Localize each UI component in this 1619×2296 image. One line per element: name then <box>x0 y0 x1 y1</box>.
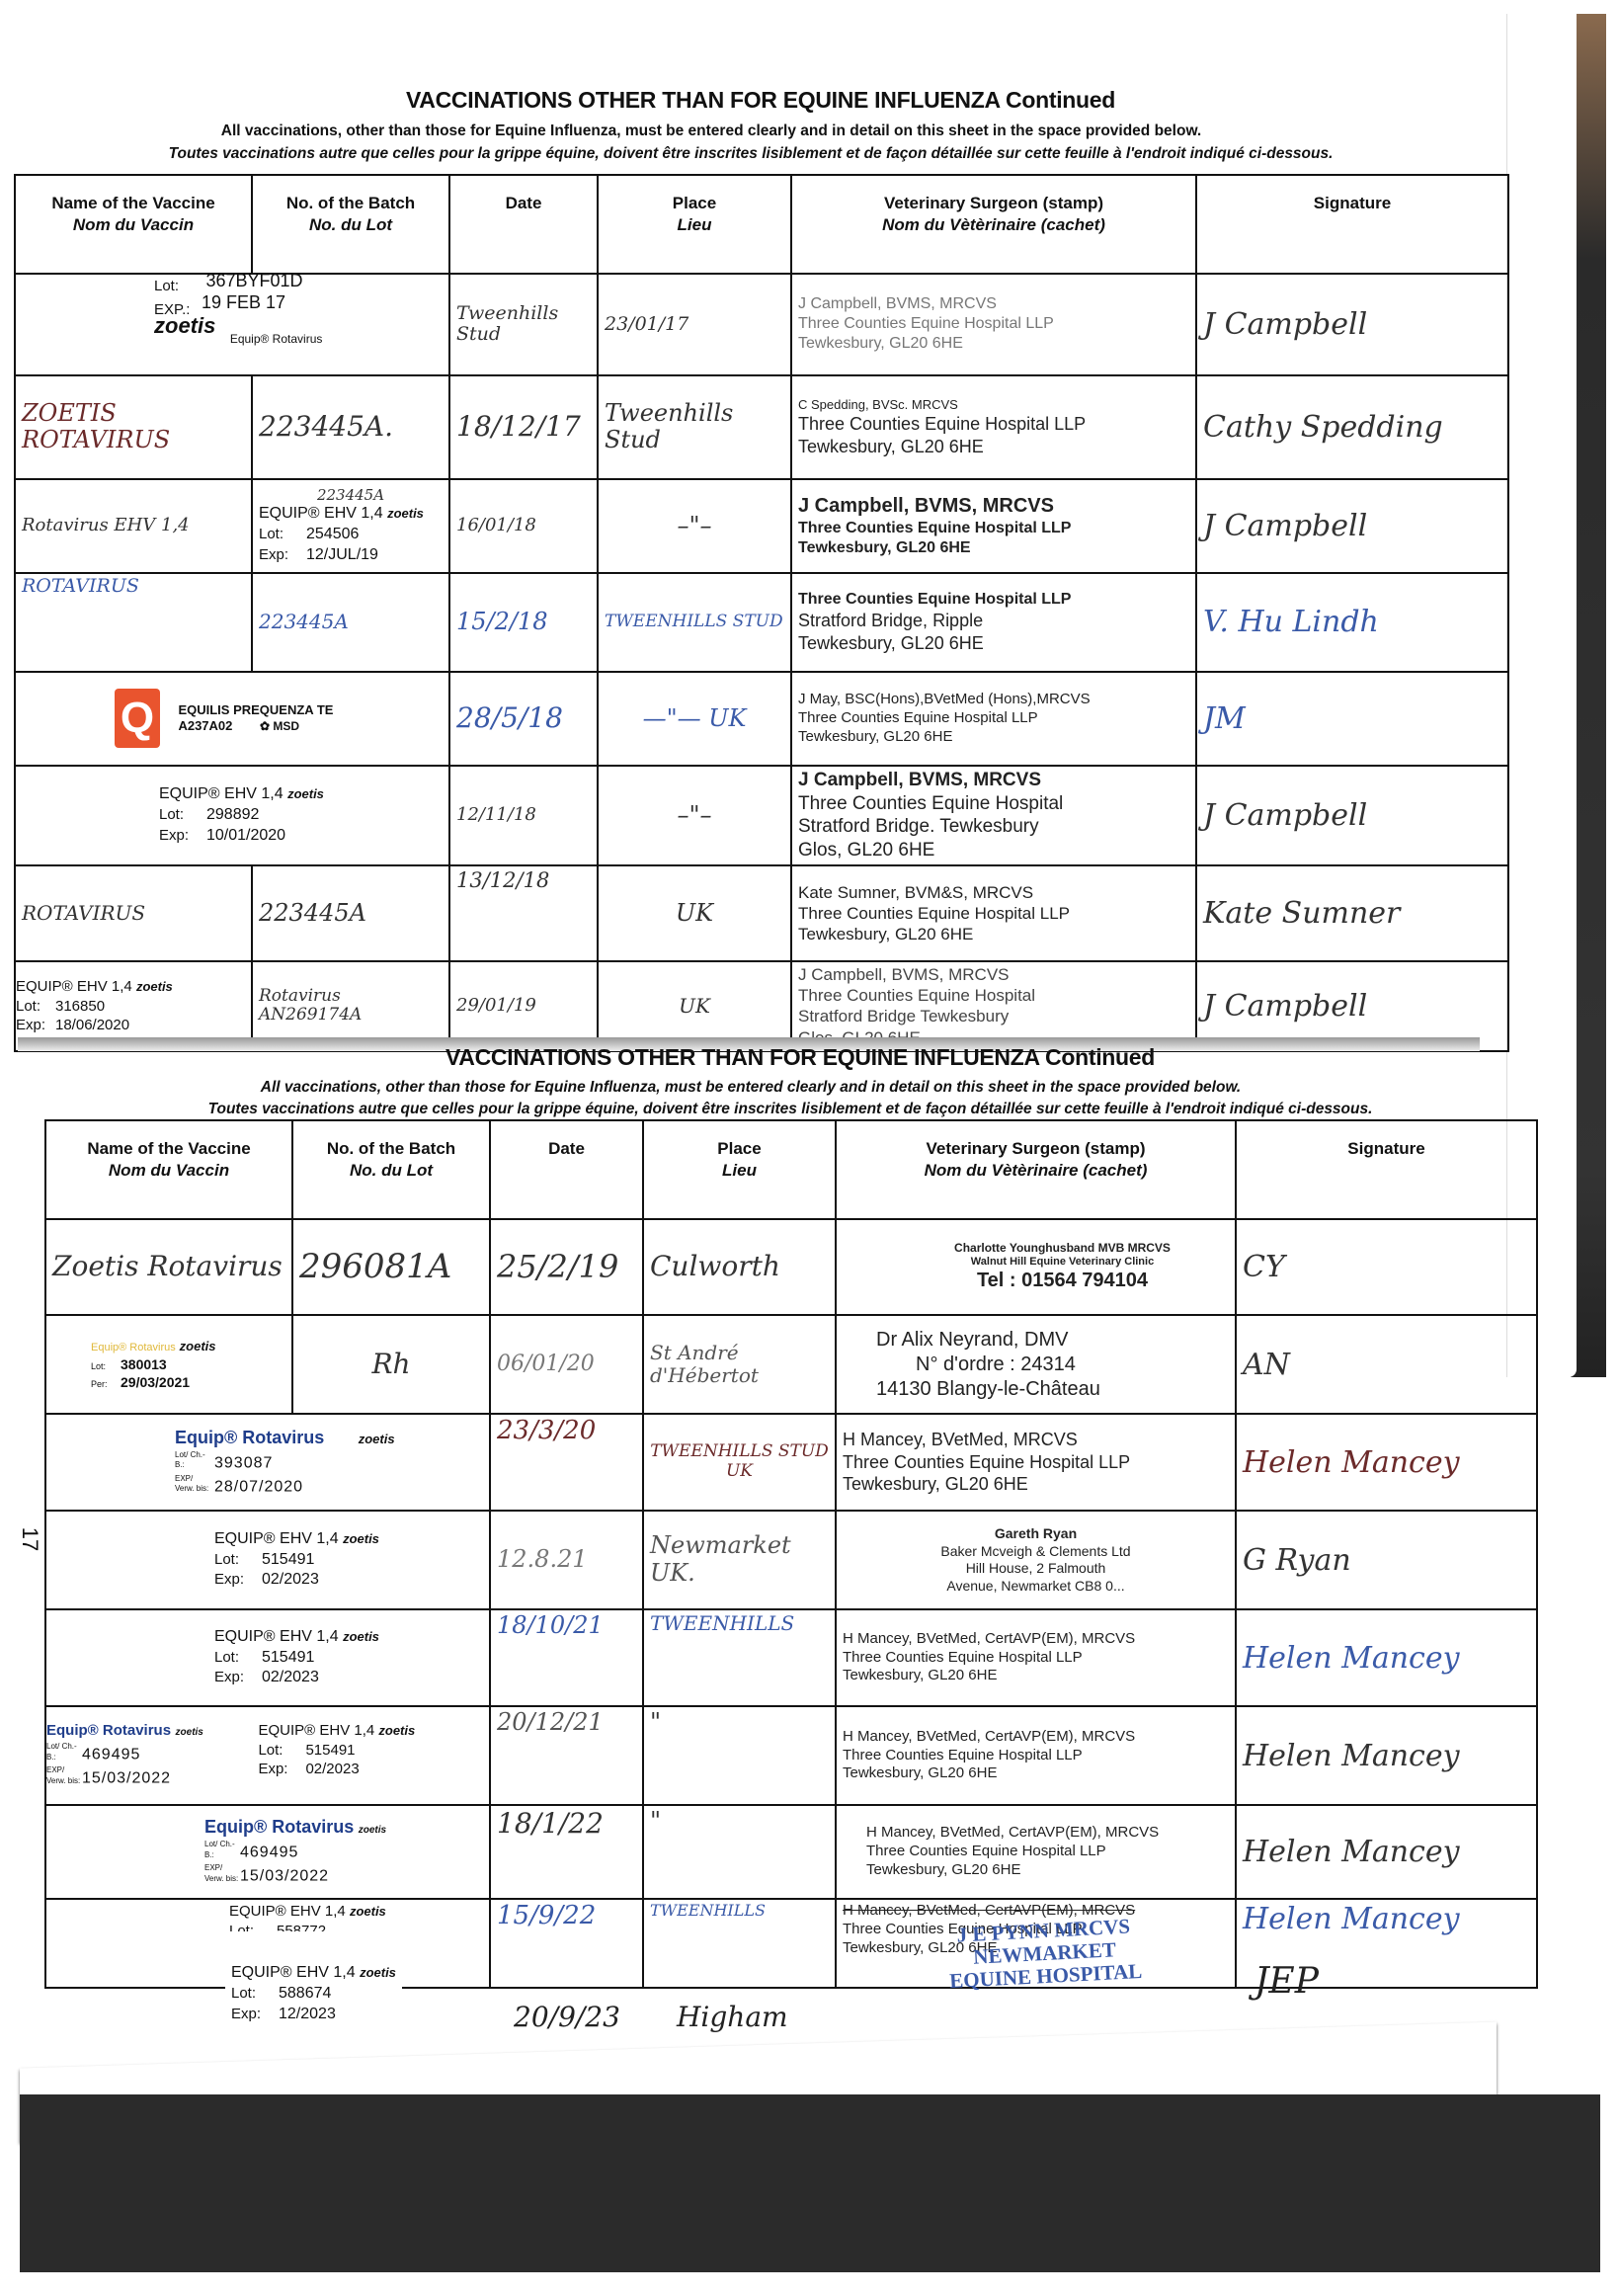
vet-stamp: H Mancey, BVetMed, CertAVP(EM), MRCVSThr… <box>836 1706 1236 1805</box>
vaccine-sticker: Q EQUILIS PREQUENZA TE A237A02 ✿ MSD <box>15 672 449 766</box>
date-cell: 18/10/21 <box>490 1609 643 1706</box>
place-cell: Newmarket UK. <box>643 1511 836 1609</box>
upper-instruction-fr: Toutes vaccinations autre que celles pou… <box>20 145 1482 163</box>
vet-stamp: J Campbell, BVMS, MRCVSThree Counties Eq… <box>791 479 1196 573</box>
table-header: Name of the VaccineNom du Vaccin No. of … <box>15 175 1508 274</box>
lower-instruction-en: All vaccinations, other than those for E… <box>99 1079 1403 1097</box>
vet-stamp: H Mancey, BVetMed, CertAVP(EM), MRCVSThr… <box>836 1609 1236 1706</box>
lower-vaccination-table: Name of the VaccineNom du Vaccin No. of … <box>44 1119 1538 1989</box>
overflow-date: 20/9/23 <box>514 2001 620 2033</box>
table-row: Equip® Rotavirus zoetis Lot/ Ch.-B.:4694… <box>45 1706 1537 1805</box>
date-cell: 20/12/21 <box>490 1706 643 1805</box>
date-cell: 18/12/17 <box>449 375 598 479</box>
batch-sticker: EQUIP® EHV 1,4 zoetis Lot:515491 Exp:02/… <box>45 1511 490 1609</box>
overflow-batch-sticker: EQUIP® EHV 1,4 zoetis Lot:588674 Exp:12/… <box>225 1961 402 2026</box>
date-cell: 15/2/18 <box>449 573 598 672</box>
place-cell: " <box>643 1805 836 1899</box>
batch-sticker: EQUIP® EHV 1,4 zoetis Lot:298892 Exp:10/… <box>15 766 449 865</box>
signature-cell: Kate Sumner <box>1196 865 1508 961</box>
signature-cell: V. Hu Lindh <box>1196 573 1508 672</box>
table-row: ROTAVIRUS 223445A 15/2/18 TWEENHILLS STU… <box>15 573 1508 672</box>
place-cell: TWEENHILLS <box>643 1609 836 1706</box>
signature-cell: Helen Mancey <box>1236 1805 1537 1899</box>
signature-cell: JM <box>1196 672 1508 766</box>
batch-cell: 296081A <box>292 1219 490 1315</box>
signature-cell: J Campbell <box>1196 479 1508 573</box>
col-batch-no: No. of the BatchNo. du Lot <box>292 1120 490 1219</box>
col-vaccine-name: Name of the VaccineNom du Vaccin <box>45 1120 292 1219</box>
upper-title: VACCINATIONS OTHER THAN FOR EQUINE INFLU… <box>198 87 1324 114</box>
signature-cell: Cathy Spedding <box>1196 375 1508 479</box>
date-cell: 16/01/18 <box>449 479 598 573</box>
lower-title: VACCINATIONS OTHER THAN FOR EQUINE INFLU… <box>237 1044 1363 1071</box>
signature-cell: AN <box>1236 1315 1537 1414</box>
vaccine-name-cell: ZOETIS ROTAVIRUS <box>15 375 252 479</box>
batch-sticker: 223445A EQUIP® EHV 1,4 zoetis Lot:254506… <box>252 479 449 573</box>
place-cell: Tweenhills Stud <box>598 375 791 479</box>
col-vet-surgeon: Veterinary Surgeon (stamp)Nom du Vètèrin… <box>836 1120 1236 1219</box>
lower-instruction-fr: Toutes vaccinations autre que celles pou… <box>59 1101 1521 1118</box>
table-row: Lot: EXP.: 367BYF01D 19 FEB 17 zoetis Eq… <box>15 274 1508 375</box>
vet-stamp: Dr Alix Neyrand, DMVN° d'ordre : 2431414… <box>836 1315 1236 1414</box>
signature-cell: J Campbell <box>1196 766 1508 865</box>
table-row: Q EQUILIS PREQUENZA TE A237A02 ✿ MSD 28/… <box>15 672 1508 766</box>
table-row: Equip® Rotavirus zoetis Lot/ Ch.-B.:3930… <box>45 1414 1537 1511</box>
batch-cell: 223445A <box>252 573 449 672</box>
batch-sticker: Lot: EXP.: 367BYF01D 19 FEB 17 zoetis Eq… <box>15 274 449 375</box>
place-cell: " <box>643 1706 836 1805</box>
col-place: PlaceLieu <box>598 175 791 274</box>
batch-sticker: Equip® Rotavirus zoetis Lot/ Ch.-B.:4694… <box>45 1805 490 1899</box>
scanner-background <box>20 2094 1600 2272</box>
date-cell: 25/2/19 <box>490 1219 643 1315</box>
place-cell: St André d'Hébertot <box>643 1315 836 1414</box>
vaccine-name-cell: ROTAVIRUS <box>15 573 252 672</box>
place-cell: —"— UK <box>598 672 791 766</box>
upper-vaccination-table: Name of the VaccineNom du Vaccin No. of … <box>14 174 1509 1052</box>
vet-stamp: Gareth RyanBaker Mcveigh & Clements LtdH… <box>836 1511 1236 1609</box>
signature-cell: Helen Mancey <box>1236 1609 1537 1706</box>
vet-stamp: H Mancey, BVetMed, CertAVP(EM), MRCVSThr… <box>836 1805 1236 1899</box>
batch-sticker: EQUIP® EHV 1,4 zoetis Lot:515491 Exp:02/… <box>45 1609 490 1706</box>
overflow-place: Higham <box>677 2001 788 2033</box>
date-cell: 12.8.21 <box>490 1511 643 1609</box>
date-cell: 18/1/22 <box>490 1805 643 1899</box>
table-row: ROTAVIRUS 223445A 13/12/18 UK Kate Sumne… <box>15 865 1508 961</box>
col-vaccine-name: Name of the VaccineNom du Vaccin <box>15 175 252 274</box>
vaccine-sticker: Equip® Rotavirus zoetis Lot:380013 Per:2… <box>45 1315 292 1414</box>
signature-cell: CY <box>1236 1219 1537 1315</box>
col-batch-no: No. of the BatchNo. du Lot <box>252 175 449 274</box>
vet-stamp: C Spedding, BVSc. MRCVSThree Counties Eq… <box>791 375 1196 479</box>
place-cell: Culworth <box>643 1219 836 1315</box>
table-row: EQUIP® EHV 1,4 zoetis Lot:515491 Exp:02/… <box>45 1609 1537 1706</box>
batch-cell: 223445A <box>252 865 449 961</box>
signature-cell: Helen Mancey <box>1236 1414 1537 1511</box>
vaccine-sticker: Equip® Rotavirus zoetis Lot/ Ch.-B.:4694… <box>45 1706 490 1805</box>
vaccine-sticker: Equip® Rotavirus zoetis Lot/ Ch.-B.:3930… <box>45 1414 490 1511</box>
table-row: EQUIP® EHV 1,4 zoetis Lot:515491 Exp:02/… <box>45 1511 1537 1609</box>
place-cell: –"– <box>598 766 791 865</box>
vaccine-name-cell: ROTAVIRUS <box>15 865 252 961</box>
signature-cell: Helen Mancey <box>1236 1706 1537 1805</box>
vet-stamp: J Campbell, BVMS, MRCVSThree Counties Eq… <box>791 274 1196 375</box>
place-cell: TWEENHILLS STUD UK <box>643 1414 836 1511</box>
vaccine-name-cell: Rotavirus EHV 1,4 <box>15 479 252 573</box>
signature-cell: G Ryan <box>1236 1511 1537 1609</box>
table-row: Zoetis Rotavirus 296081A 25/2/19 Culwort… <box>45 1219 1537 1315</box>
place-cell: UK <box>598 865 791 961</box>
date-cell: 28/5/18 <box>449 672 598 766</box>
col-signature: Signature <box>1196 175 1508 274</box>
prequenza-q-logo: Q <box>115 689 160 748</box>
table-row: Equip® Rotavirus zoetis Lot:380013 Per:2… <box>45 1315 1537 1414</box>
msd-logo: ✿ MSD <box>260 719 299 733</box>
batch-cell: Rh <box>292 1315 490 1414</box>
place-cell: TWEENHILLS <box>643 1899 836 1988</box>
table-header: Name of the VaccineNom du Vaccin No. of … <box>45 1120 1537 1219</box>
col-vet-surgeon: Veterinary Surgeon (stamp)Nom du Vètèrin… <box>791 175 1196 274</box>
vet-stamp: Three Counties Equine Hospital LLPStratf… <box>791 573 1196 672</box>
batch-cell: 223445A. <box>252 375 449 479</box>
page-number: 17 <box>17 1527 42 1551</box>
vaccine-name-cell: Zoetis Rotavirus <box>45 1219 292 1315</box>
signature-cell: J Campbell <box>1196 274 1508 375</box>
date-cell: 13/12/18 <box>449 865 598 961</box>
col-date: Date <box>490 1120 643 1219</box>
vet-stamp: Charlotte Younghusband MVB MRCVSWalnut H… <box>836 1219 1236 1315</box>
table-row: Rotavirus EHV 1,4 223445A EQUIP® EHV 1,4… <box>15 479 1508 573</box>
vet-stamp: J May, BSC(Hons),BVetMed (Hons),MRCVSThr… <box>791 672 1196 766</box>
place-cell: –"– <box>598 479 791 573</box>
date-cell: 12/11/18 <box>449 766 598 865</box>
date-cell: Tweenhills Stud <box>449 274 598 375</box>
table-row: ZOETIS ROTAVIRUS 223445A. 18/12/17 Tween… <box>15 375 1508 479</box>
batch-sticker: EQUIP® EHV 1,4 zoetis Lot:515491 Exp:02/… <box>258 1721 415 1779</box>
table-row: Equip® Rotavirus zoetis Lot/ Ch.-B.:4694… <box>45 1805 1537 1899</box>
vet-stamp: J Campbell, BVMS, MRCVSThree Counties Eq… <box>791 766 1196 865</box>
upper-instruction-en: All vaccinations, other than those for E… <box>59 123 1363 140</box>
vet-stamp: Kate Sumner, BVM&S, MRCVSThree Counties … <box>791 865 1196 961</box>
col-date: Date <box>449 175 598 274</box>
table-row: EQUIP® EHV 1,4 zoetis Lot:298892 Exp:10/… <box>15 766 1508 865</box>
date-cell: 23/3/20 <box>490 1414 643 1511</box>
place-cell: TWEENHILLS STUD <box>598 573 791 672</box>
col-signature: Signature <box>1236 1120 1537 1219</box>
date-cell: 06/01/20 <box>490 1315 643 1414</box>
overflow-signature: JEP <box>1255 1961 1319 2002</box>
date-cell: 15/9/22 <box>490 1899 643 1988</box>
vet-stamp: H Mancey, BVetMed, MRCVSThree Counties E… <box>836 1414 1236 1511</box>
col-place: PlaceLieu <box>643 1120 836 1219</box>
place-cell: 23/01/17 <box>598 274 791 375</box>
overflow-vet-stamp: J E PYNN MRCVS NEWMARKET EQUINE HOSPITAL <box>946 1915 1142 1993</box>
